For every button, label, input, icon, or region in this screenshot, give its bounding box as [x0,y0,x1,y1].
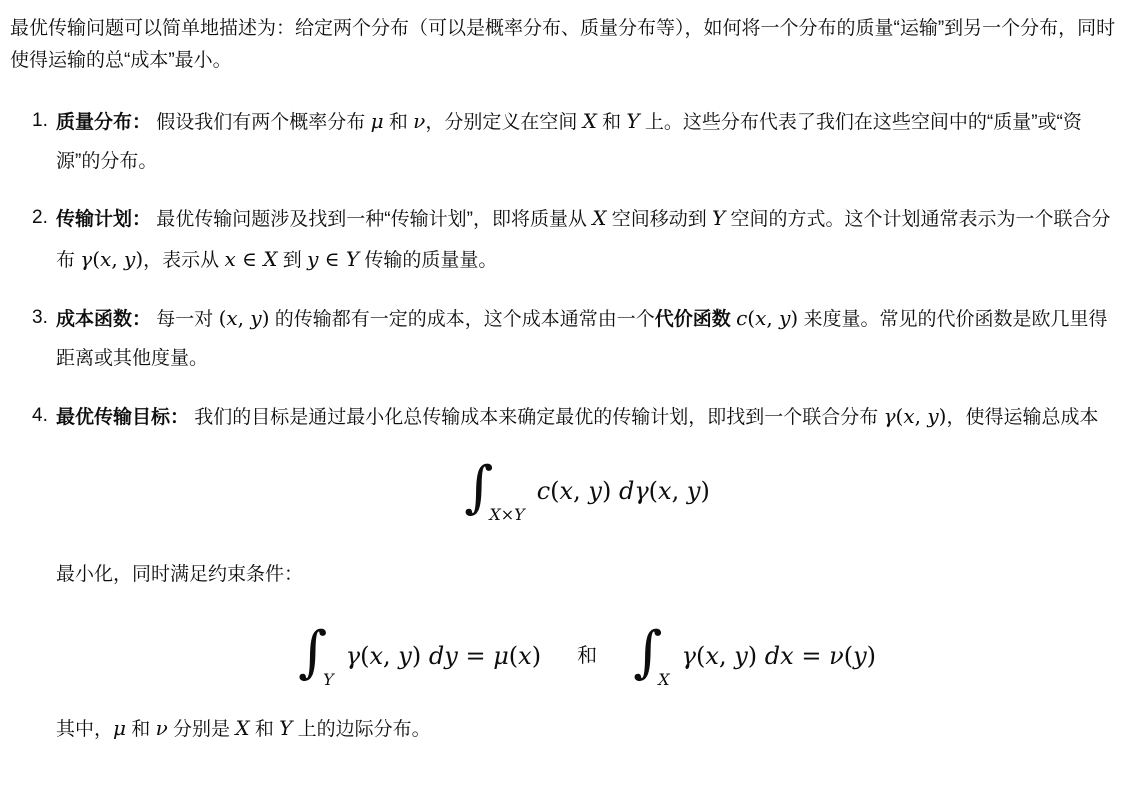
document-body: 最优传输问题可以简单地描述为：给定两个分布（可以是概率分布、质量分布等），如何将… [0,0,1128,750]
integral-expression: ∫ X×Y c(x, y) dγ(x, y) [464,463,710,519]
list-item-text: 传输计划： 最优传输问题涉及找到一种“传输计划”，即将质量从 X 空间移动到 Y… [56,199,1118,281]
constraint-left-expression: ∫ Y γ(x, y) dy = μ(x) [298,628,541,684]
cost-integral-formula: ∫ X×Y c(x, y) dγ(x, y) [56,454,1118,528]
integral-integrand: γ(x, y) dy = μ(x) [346,632,541,681]
and-connector: 和 [577,636,597,677]
list-item-optimal-transport-objective: 4. 最优传输目标： 我们的目标是通过最小化总传输成本来确定最优的传输计划，即找… [10,397,1118,750]
constraint-formulas: ∫ Y γ(x, y) dy = μ(x) 和 ∫ X γ(x, y) dx =… [56,619,1118,693]
constraint-right-expression: ∫ X γ(x, y) dx = ν(y) [633,628,876,684]
list-item-text: 质量分布： 假设我们有两个概率分布 μ 和 ν，分别定义在空间 X 和 Y 上。… [56,102,1118,182]
integral-integrand: γ(x, y) dx = ν(y) [682,632,876,681]
list-marker: 1. [32,102,48,141]
list-marker: 4. [32,397,48,436]
list-item-mass-distribution: 1. 质量分布： 假设我们有两个概率分布 μ 和 ν，分别定义在空间 X 和 Y… [10,102,1118,182]
list-item-text: 最优传输目标： 我们的目标是通过最小化总传输成本来确定最优的传输计划，即找到一个… [56,397,1118,438]
list-item-transport-plan: 2. 传输计划： 最优传输问题涉及找到一种“传输计划”，即将质量从 X 空间移动… [10,199,1118,281]
integral-subscript: X [658,664,669,697]
integral-integrand: c(x, y) dγ(x, y) [537,467,710,516]
list-marker: 3. [32,299,48,338]
minimize-paragraph: 最小化，同时满足约束条件： [56,556,1118,595]
intro-paragraph: 最优传输问题可以简单地描述为：给定两个分布（可以是概率分布、质量分布等），如何将… [10,13,1118,78]
list-item-text: 成本函数： 每一对 (x, y) 的传输都有一定的成本，这个成本通常由一个代价函… [56,299,1118,379]
marginal-paragraph: 其中，μ 和 ν 分别是 X 和 Y 上的边际分布。 [56,709,1118,750]
numbered-list: 1. 质量分布： 假设我们有两个概率分布 μ 和 ν，分别定义在空间 X 和 Y… [10,102,1118,750]
list-marker: 2. [32,199,48,238]
integral-subscript: X×Y [489,499,524,532]
list-item-cost-function: 3. 成本函数： 每一对 (x, y) 的传输都有一定的成本，这个成本通常由一个… [10,299,1118,379]
integral-subscript: Y [323,664,334,697]
